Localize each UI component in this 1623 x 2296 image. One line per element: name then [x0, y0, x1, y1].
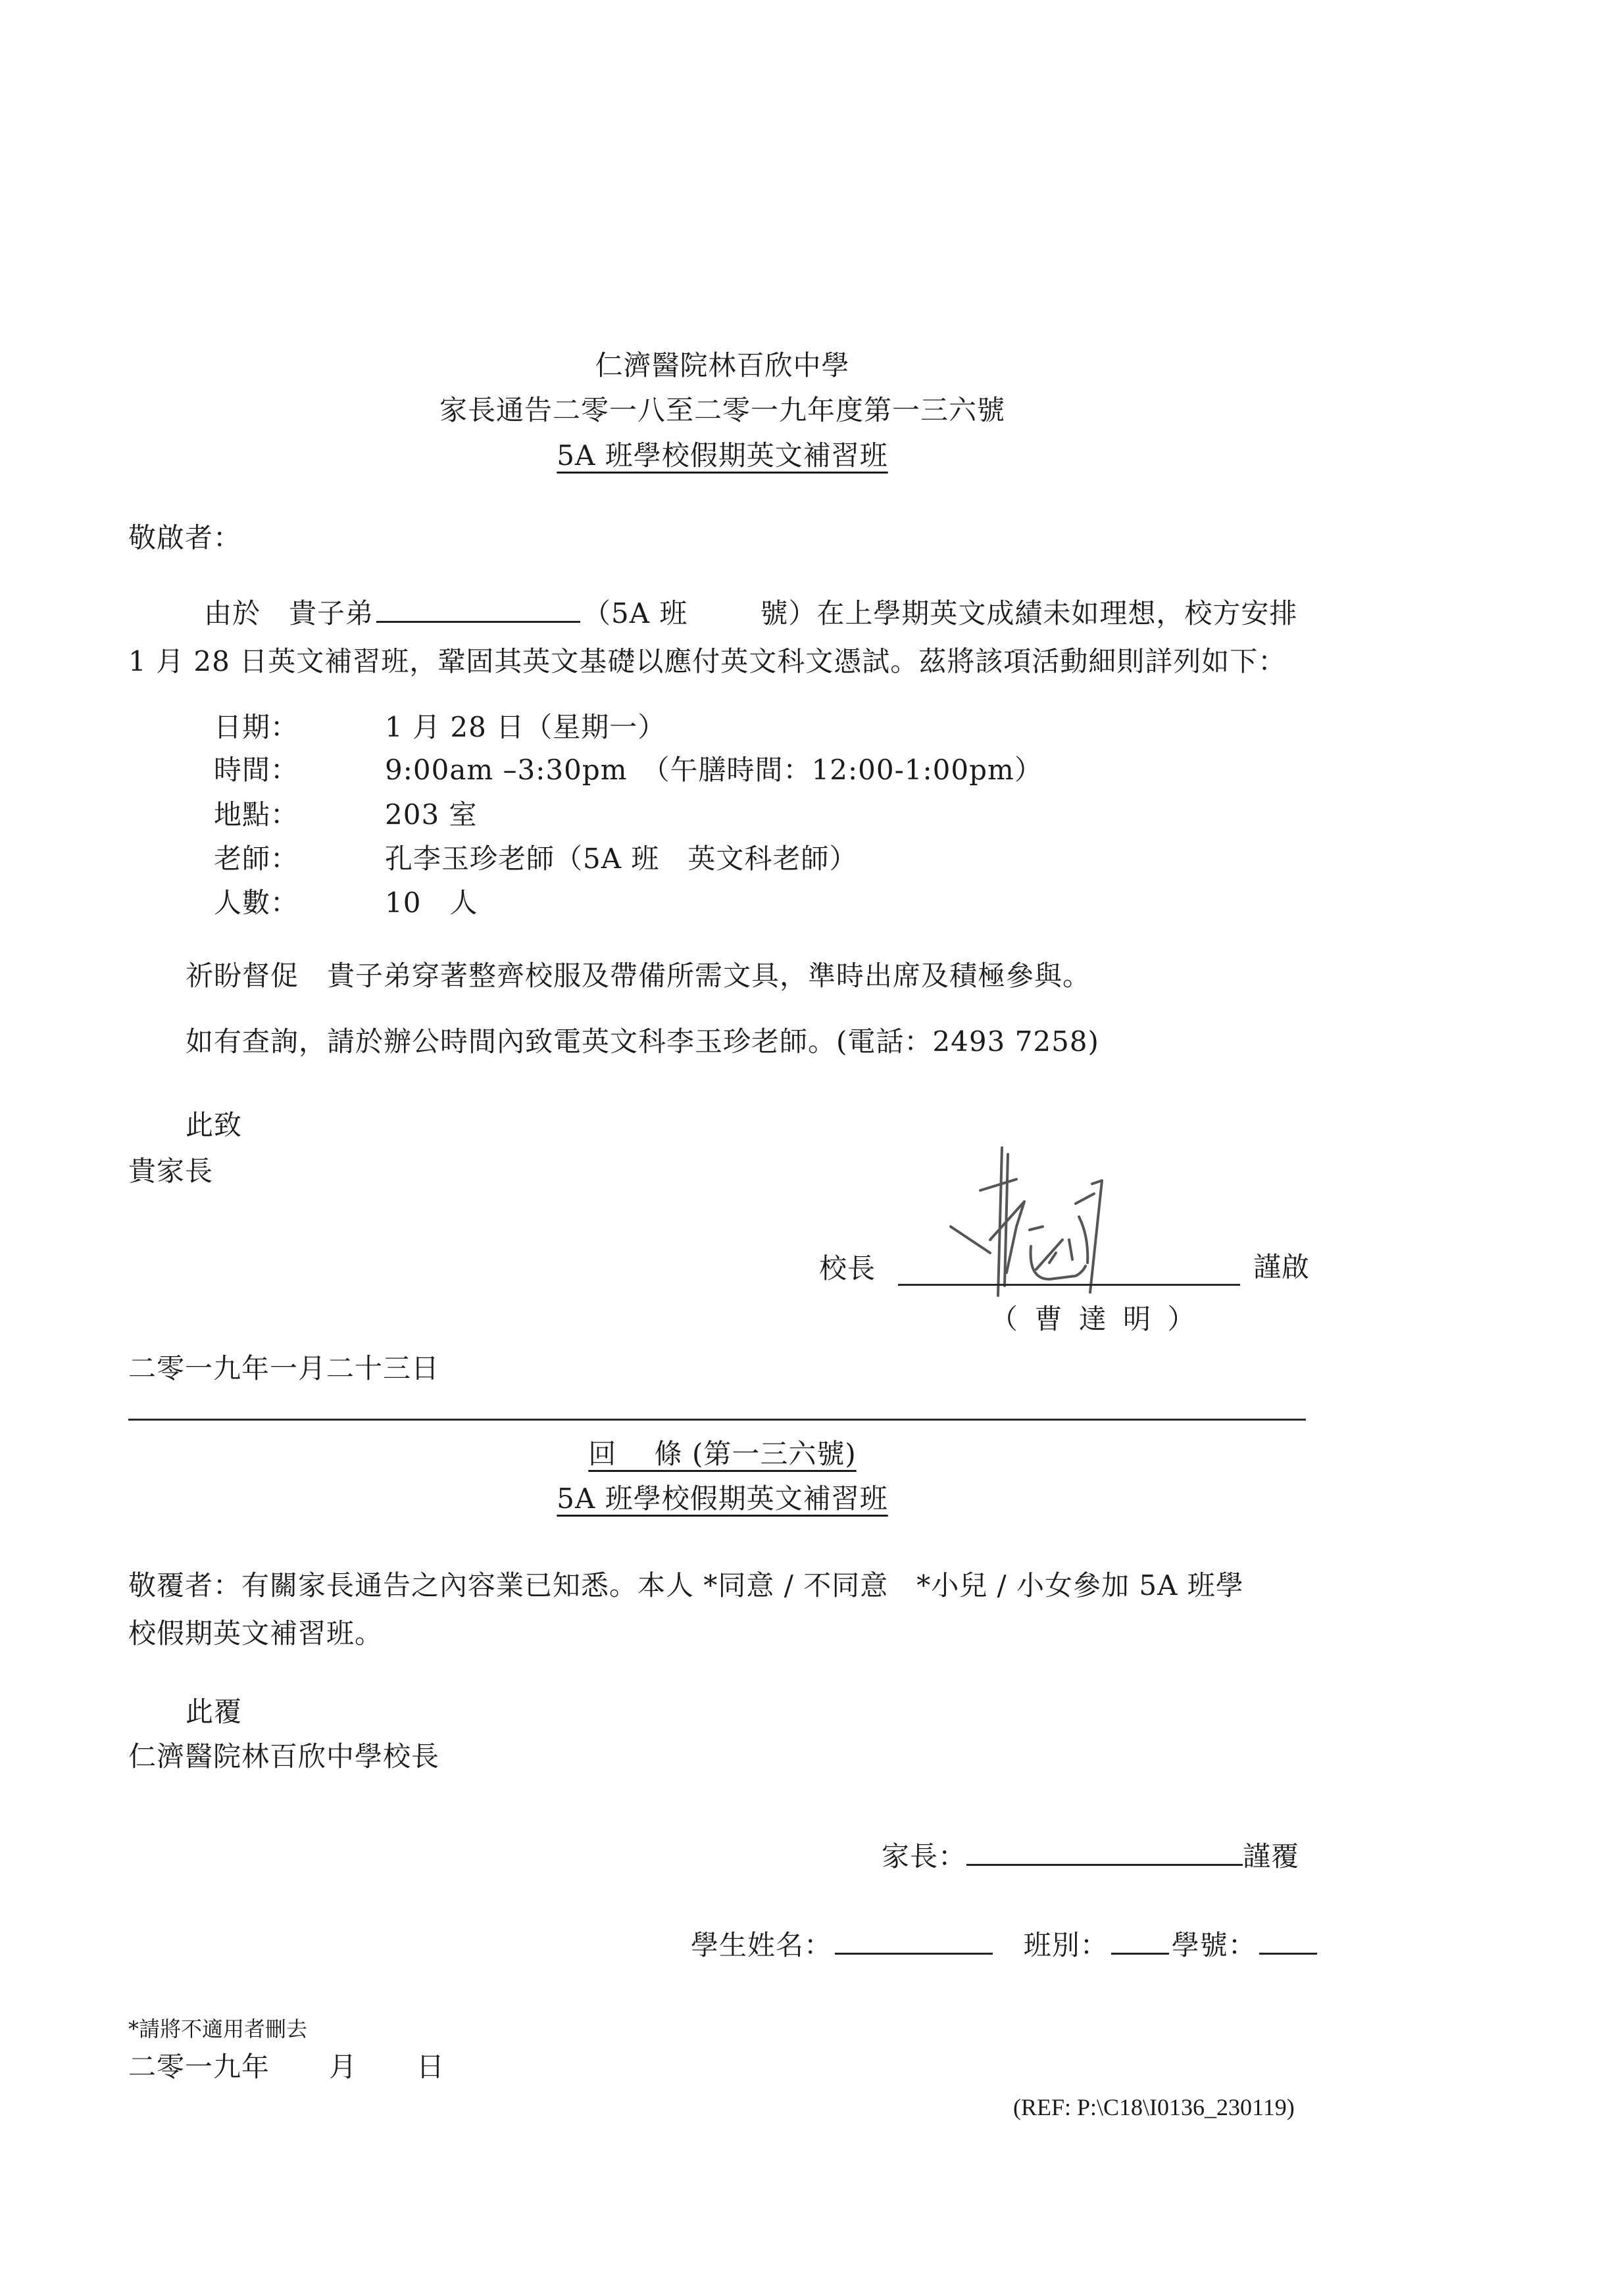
- student-no-label: 學號：: [1172, 1929, 1257, 1961]
- student-name-blank[interactable]: [376, 598, 580, 623]
- detail-value: 10 人: [385, 889, 478, 917]
- reply-date-day: 日: [416, 2051, 445, 2083]
- reply-closing: 此覆: [186, 1698, 242, 1726]
- detail-label: 時間：: [214, 756, 299, 784]
- reply-body-line-1: 敬覆者：有關家長通告之內容業已知悉。本人 *同意 / 不同意 *小兒 / 小女參…: [128, 1572, 1244, 1600]
- reply-slip-subject: 5A 班學校假期英文補習班: [64, 1485, 1380, 1513]
- detail-value: 203 室: [385, 801, 478, 829]
- intro-prefix: 由於 貴子弟: [204, 597, 374, 629]
- parent-signature-row: 家長：謹覆: [882, 1842, 1299, 1870]
- footnote: *請將不適用者刪去: [128, 2013, 307, 2043]
- salutation: 敬啟者：: [128, 524, 241, 552]
- parent-label: 家長：: [882, 1840, 966, 1872]
- closing: 此致: [186, 1111, 242, 1139]
- detail-label: 老師：: [214, 845, 299, 873]
- request-paragraph: 祈盼督促 貴子弟穿著整齊校服及帶備所需文具，準時出席及積極參與。: [186, 962, 1091, 990]
- reply-body-line-2: 校假期英文補習班。: [128, 1620, 383, 1648]
- student-info-row: 學生姓名： 班別：學號：: [691, 1930, 1320, 1959]
- parent-suffix: 謹覆: [1243, 1840, 1299, 1872]
- reply-recipient: 仁濟醫院林百欣中學校長: [128, 1743, 439, 1771]
- detail-value: 孔李玉珍老師（5A 班 英文科老師）: [385, 845, 857, 873]
- principal-signature-icon: [918, 1141, 1141, 1299]
- reply-date-year: 二零一九年: [128, 2051, 270, 2083]
- detail-value: 9:00am –3:30pm （午膳時間：12:00-1:00pm）: [385, 756, 1043, 784]
- reply-slip-title-text: 回 條 (第一三六號): [588, 1438, 856, 1470]
- principal-signature-line: [898, 1284, 1240, 1286]
- parent-signature-field[interactable]: [966, 1842, 1243, 1866]
- reply-slip-subject-text: 5A 班學校假期英文補習班: [557, 1482, 887, 1515]
- intro-line-1: 由於 貴子弟（5A 班號）在上學期英文成績未如理想，校方安排: [204, 598, 1297, 627]
- notice-date: 二零一九年一月二十三日: [128, 1355, 439, 1382]
- detail-label: 人數：: [214, 889, 299, 917]
- principal-suffix: 謹啟: [1253, 1254, 1310, 1281]
- detail-label: 日期：: [214, 714, 299, 741]
- tear-off-divider: [128, 1419, 1306, 1421]
- notice-subject: 5A 班學校假期英文補習班: [64, 442, 1380, 470]
- principal-name: （ 曹 達 明 ）: [990, 1306, 1199, 1333]
- reply-date-month: 月: [329, 2051, 357, 2083]
- student-name-field[interactable]: [835, 1930, 993, 1955]
- intro-line-2: 1 月 28 日英文補習班，鞏固其英文基礎以應付英文科文憑試。茲將該項活動細則詳…: [128, 648, 1286, 675]
- class-label: 班別：: [1024, 1929, 1109, 1961]
- notice-number: 家長通告二零一八至二零一九年度第一三六號: [64, 397, 1380, 424]
- recipient: 貴家長: [128, 1158, 213, 1185]
- class-field[interactable]: [1111, 1930, 1169, 1955]
- student-no-field[interactable]: [1259, 1930, 1317, 1955]
- principal-label: 校長: [819, 1255, 876, 1282]
- reference-code: (REF: P:\C18\I0136_230119): [1013, 2093, 1295, 2121]
- detail-value: 1 月 28 日（星期一）: [385, 714, 666, 741]
- intro-mid: （5A 班: [583, 597, 687, 629]
- reply-slip-title: 回 條 (第一三六號): [64, 1440, 1380, 1468]
- school-name: 仁濟醫院林百欣中學: [64, 352, 1380, 379]
- detail-label: 地點：: [214, 801, 299, 829]
- notice-subject-text: 5A 班學校假期英文補習班: [557, 439, 887, 472]
- reply-date: 二零一九年月日: [128, 2053, 445, 2081]
- student-name-label: 學生姓名：: [691, 1929, 832, 1961]
- enquiry-paragraph: 如有查詢，請於辦公時間內致電英文科李玉珍老師。(電話：2493 7258): [186, 1028, 1099, 1056]
- intro-suffix: 號）在上學期英文成績未如理想，校方安排: [760, 597, 1297, 629]
